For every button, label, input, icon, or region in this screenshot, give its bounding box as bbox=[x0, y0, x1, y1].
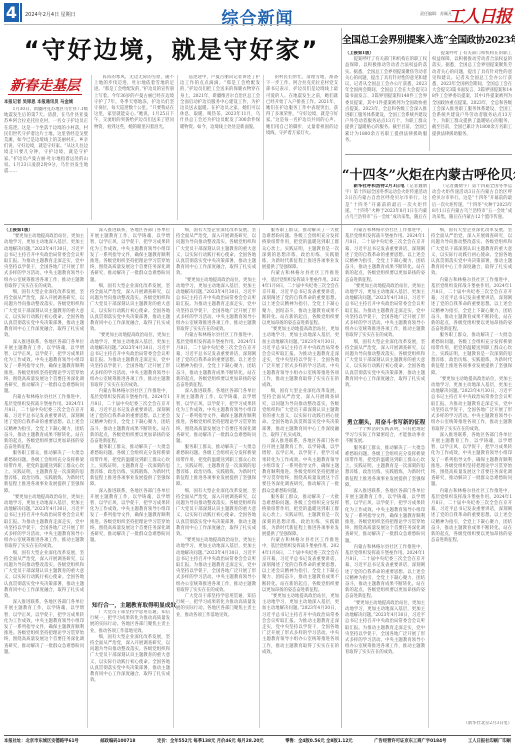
lower-text-col-2: 深入推进联系，各地区各部门各单位开展主题教育工作，以学铸魂、以学增智、以学正风、… bbox=[90, 228, 170, 598]
closing-credit-wrap: （新华社北京2月3日电） bbox=[431, 721, 512, 729]
footer: 本报社址：北京市东城区安德路甲61号 邮政编码100718 定价：全年552元 … bbox=[4, 738, 511, 744]
paragraph: 深入推进联系，各地区各部门各单位开展主题教育工作，以学铸魂、以学增智、以学正风、… bbox=[4, 600, 84, 656]
paragraph: 深入推进联系，各地区各部门各单位开展主题教育工作，以学铸魂、以学增智、以学正风、… bbox=[4, 340, 84, 396]
paragraph: 深入推进联系，各地区各部门各单位开展主题教育工作，以学铸魂、以学增智、以学正风、… bbox=[345, 489, 425, 545]
paragraph: 阵阵的寒风，无边无际的雪原，随不上地的步伐迈进，吐尔地依着雪地的足迹。“那是工会… bbox=[94, 75, 174, 131]
paragraph: 深入推进联系，各地区各部门各单位开展主题教育工作，以学铸魂、以学增智、以学正风、… bbox=[90, 489, 170, 545]
column-tag-underline bbox=[8, 94, 82, 95]
lower-section-divider bbox=[4, 224, 512, 225]
closing-credit: （新华社北京2月3日电） bbox=[464, 721, 512, 726]
paragraph: “要更加主动地提高政治站位，更加主动地学习，更加主动地深入基层，更加主动地解决问… bbox=[431, 377, 512, 433]
footer-divider bbox=[4, 735, 511, 736]
paragraph: 广大党员干部坚持学思用贯通、知信行统一，把学习成果转化为推动高质量发展的实际行动… bbox=[90, 610, 170, 635]
paragraph: 深入推进联系，各地区各部门各单位开展主题教育工作，以学铸魂、以学增智、以学正风、… bbox=[90, 228, 170, 284]
paragraph: “要更加主动地提高政治站位，更加主动地学习，更加主动地深入基层，更加主动地解决问… bbox=[345, 601, 425, 657]
column-divider bbox=[429, 184, 430, 220]
paragraph: 细，国有大型企业深化改革发展，坚持全面从严治党，深入开展调查研究，以问题为导向推… bbox=[4, 551, 84, 601]
masthead-divider bbox=[4, 24, 511, 25]
paragraph: 服务职工群众，推动解决了一大批急难愁盼问题。各级工会组织充分发挥桥梁纽带作用，把… bbox=[262, 228, 339, 271]
paragraph: 深入推进联系，各地区各部门各单位开展主题教育工作，以学铸魂、以学增智、以学正风、… bbox=[262, 439, 339, 495]
paragraph: 广大党员干部坚持学思用贯通、知信行统一，把学习成果转化为推动高质量发展的实际行动… bbox=[176, 594, 256, 619]
paragraph: 巡逻途中，卢曼古丽向记者讲述了护边工作的点点滴滴。“那是工会给配发的，”护边员们… bbox=[180, 75, 260, 131]
footer-address: 本报社址：北京市东城区安德路甲61号 bbox=[4, 738, 79, 744]
lead-text-col-1: 1月30日，新疆阿克苏地区乌什县7.1级地震发生后的第7天。清晨，在乌什县亚曼苏… bbox=[4, 107, 88, 220]
paragraph: “要更加主动地提高政治站位，更加主动地学习，更加主动地深入基层，更加主动地解决问… bbox=[4, 495, 84, 551]
torch-text-col-1: 新华社呼和浩特2月3日电（记者魏婧宇）第十四届全国冬季运动会火炬传递活动3日在内… bbox=[345, 184, 427, 220]
torch-headline: “十四冬”火炬在内蒙古呼伦贝尔传递 bbox=[342, 164, 514, 183]
column-divider bbox=[428, 228, 429, 728]
column-divider bbox=[173, 228, 174, 728]
right-text-col-2: 提案呼吁了有关部门和机构在的职工权益保障，以积极推动劳动者合法权益的落实。据悉，… bbox=[432, 51, 512, 151]
lead-byline: 本报记者 吴铎思 本报通讯员 马金城 bbox=[4, 99, 88, 105]
column-tag: 新春走基层 bbox=[10, 75, 80, 95]
masthead: 4 2024年2月4日 星期日 综合新闻 责任编辑：苏佩凡 工人日报 bbox=[0, 0, 515, 25]
lower-text-col-5b: 一个个鲜活的实践表明，只有把理论学习与实际工作紧密结合，才能推动事业不断发展。 … bbox=[345, 427, 425, 728]
section-divider bbox=[345, 154, 512, 155]
column-divider bbox=[429, 51, 430, 151]
column-divider bbox=[259, 228, 260, 728]
footer-price: 定价：全年552元 每季138元 月价46元 每月28.20元 bbox=[157, 738, 263, 744]
column-divider bbox=[87, 228, 88, 728]
paragraph: “要更加主动地提高政治站位，更加主动地学习，更加主动地深入基层，更加主动地解决问… bbox=[262, 327, 339, 389]
paragraph: 服务职工群众，推动解决了一大批急难愁盼问题。各级工会组织充分发挥桥梁纽带作用，把… bbox=[90, 445, 170, 488]
lower-text-col-1: （上接第1版） “要更加主动地提高政治站位，更加主动地学习，更加主动地深入基层，… bbox=[4, 228, 84, 728]
paragraph: 内蒙古和林格尔县社区工作推进中，基层党组织发挥战斗堡垒作用。2024年1月8日，… bbox=[345, 545, 425, 601]
right-text-col-1: （上接第1版） 提案呼吁了有关部门和机构在的职工权益保障，以积极推动劳动者合法权… bbox=[345, 51, 427, 151]
paragraph: “要更加主动地提高政治站位，更加主动地学习，更加主动地深入基层，更加主动地解决问… bbox=[176, 538, 256, 594]
paragraph: “要更加主动地提高政治站位，更加主动地学习，更加主动地深入基层，更加主动地解决问… bbox=[4, 234, 84, 290]
paragraph: “要更加主动地提高政治站位，更加主动地学习，更加主动地深入基层，更加主动地解决问… bbox=[262, 594, 339, 656]
paragraph: 细，国有大型企业深化改革发展，坚持全面从严治党，深入开展调查研究，以问题为导向推… bbox=[176, 489, 256, 539]
paragraph: 细，国有大型企业深化改革发展，坚持全面从严治党，深入开展调查研究，以问题为导向推… bbox=[4, 290, 84, 340]
paragraph: 内蒙古和林格尔县社区工作推进中，基层党组织发挥战斗堡垒作用。2024年1月8日，… bbox=[431, 489, 512, 545]
subhead-forge-ahead: 勇立潮头，用奋斗书写新的征程 bbox=[347, 418, 425, 426]
paragraph: “要更加主动地提高政治站位，更加主动地学习，更加主动地深入基层，更加主动地解决问… bbox=[90, 333, 170, 389]
torch-text-col-2: （记者魏婧宇）第十四届全国冬季运动会火炬传递活动3日在内蒙古自治区呼伦贝尔市举行… bbox=[432, 184, 512, 220]
paragraph: 细，国有大型企业深化改革发展，坚持全面从严治党，深入开展调查研究，以问题为导向推… bbox=[431, 228, 512, 278]
lower-text-col-5: 内蒙古和林格尔县社区工作推进中，基层党组织发挥战斗堡垒作用。2024年1月8日，… bbox=[345, 228, 425, 413]
paragraph: 内蒙古和林格尔县社区工作推进中，基层党组织发挥战斗堡垒作用。2024年1月8日，… bbox=[4, 395, 84, 451]
lead-text-col-3: 巡逻途中，卢曼古丽向记者讲述了护边工作的点点滴滴。“那是工会给配发的，”护边员们… bbox=[180, 75, 260, 220]
paragraph: 内蒙古和林格尔县社区工作推进中，基层党组织发挥战斗堡垒作用。2024年1月8日，… bbox=[262, 271, 339, 327]
lower-text-col-4: 服务职工群众，推动解决了一大批急难愁盼问题。各级工会组织充分发挥桥梁纽带作用，把… bbox=[262, 228, 339, 728]
paragraph: 服务职工群众，推动解决了一大批急难愁盼问题。各级工会组织充分发挥桥梁纽带作用，把… bbox=[262, 495, 339, 538]
paragraph: 细，国有大型企业深化改革发展，坚持全面从严治党，深入开展调查研究，以问题为导向推… bbox=[176, 228, 256, 278]
subhead-knowledge-action: 知行合一，主题教育取得明显成效 bbox=[92, 601, 176, 609]
right-headline: 全国总工会界别提案入选“全国政协2023年度好提案” bbox=[342, 32, 514, 46]
paragraph: 深入推进联系，各地区各部门各单位开展主题教育工作，以学铸魂、以学增智、以学正风、… bbox=[176, 389, 256, 445]
paragraph: 服务职工群众，推动解决了一大批急难愁盼问题。各级工会组织充分发挥桥梁纽带作用，把… bbox=[431, 333, 512, 376]
paragraph: 的村民们帮忙，清理雪地，准备下一步工作。阿合拉克托拉克村党支部书记表示，护边员们… bbox=[266, 75, 338, 137]
paragraph: 内蒙古和林格尔县社区工作推进中，基层党组织发挥战斗堡垒作用。2024年1月8日，… bbox=[262, 538, 339, 594]
column-divider bbox=[263, 75, 264, 220]
paragraph: （记者魏婧宇）第十四届全国冬季运动会火炬传递活动3日在内蒙古自治区呼伦贝尔市举行… bbox=[345, 184, 427, 220]
paragraph: 内蒙古和林格尔县社区工作推进中，基层党组织发挥战斗堡垒作用。2024年1月8日，… bbox=[90, 389, 170, 445]
paragraph: 服务职工群众，推动解决了一大批急难愁盼问题。各级工会组织充分发挥桥梁纽带作用，把… bbox=[176, 445, 256, 488]
paragraph: 服务职工群众，推动解决了一大批急难愁盼问题。各级工会组织充分发挥桥梁纽带作用，把… bbox=[4, 451, 84, 494]
paragraph: 一个个鲜活的实践表明，只有把理论学习与实际工作紧密结合，才能推动事业不断发展。 bbox=[345, 427, 425, 446]
lower-text-col-2b: 广大党员干部坚持学思用贯通、知信行统一，把学习成果转化为推动高质量发展的实际行动… bbox=[90, 610, 170, 728]
paragraph: 细，国有大型企业深化改革发展，坚持全面从严治党，深入开展调查研究，以问题为导向推… bbox=[90, 284, 170, 334]
lead-text-col-4: 的村民们帮忙，清理雪地，准备下一步工作。阿合拉克托拉克村党支部书记表示，护边员们… bbox=[266, 75, 338, 220]
paragraph: （记者魏婧宇）第十四届全国冬季运动会火炬传递活动3日在内蒙古自治区呼伦贝尔市举行… bbox=[432, 184, 512, 220]
paragraph: 内蒙古和林格尔县社区工作推进中，基层党组织发挥战斗堡垒作用。2024年1月8日，… bbox=[431, 278, 512, 334]
column-divider bbox=[177, 75, 178, 220]
column-divider bbox=[91, 75, 92, 220]
paragraph: “要更加主动地提高政治站位，更加主动地学习，更加主动地深入基层，更加主动地解决问… bbox=[176, 278, 256, 334]
right-column-divider bbox=[341, 28, 342, 728]
footer-retail: 零售：全4版0.56元 全8版1.12元 bbox=[285, 738, 352, 744]
paragraph: 细，国有大型企业深化改革发展，坚持全面从严治党，深入开展调查研究，以问题为导向推… bbox=[90, 635, 170, 685]
paragraph: 服务职工群众，推动解决了一大批急难愁盼问题。各级工会组织充分发挥桥梁纽带作用，把… bbox=[345, 446, 425, 489]
paragraph: 细，国有大型企业深化改革发展，坚持全面从严治党，深入开展调查研究，以问题为导向推… bbox=[262, 389, 339, 439]
lead-headline: “守好边境，就是守好家” bbox=[4, 30, 339, 65]
footer-license: 广告经营许可证京东工商广字0184号 bbox=[374, 738, 446, 744]
dateline: 新华社呼和浩特2月3日电 bbox=[354, 184, 405, 189]
paragraph: 内蒙古和林格尔县社区工作推进中，基层党组织发挥战斗堡垒作用。2024年1月8日，… bbox=[176, 333, 256, 389]
paragraph: 深入推进联系，各地区各部门各单位开展主题教育工作，以学铸魂、以学增智、以学正风、… bbox=[431, 433, 512, 489]
paragraph: “要更加主动地提高政治站位，更加主动地学习，更加主动地深入基层，更加主动地解决问… bbox=[345, 284, 425, 340]
lower-text-col-3: 细，国有大型企业深化改革发展，坚持全面从严治党，深入开展调查研究，以问题为导向推… bbox=[176, 228, 256, 728]
lead-text-col-2: 阵阵的寒风，无边无际的雪原，随不上地的步伐迈进，吐尔地依着雪地的足迹。“那是工会… bbox=[94, 75, 174, 220]
footer-printer: 工人日报社印刷厂印刷 bbox=[468, 738, 511, 744]
paragraph: 提案呼吁了有关部门和机构在的职工权益保障，以积极推动劳动者合法权益的落实。据悉，… bbox=[432, 51, 512, 138]
paragraph: 提案呼吁了有关部门和机构在的职工权益保障，以积极推动劳动者合法权益的落实。据悉，… bbox=[345, 57, 427, 144]
paragraph: 1月30日，新疆阿克苏地区乌什县7.1级地震发生后的第7天。清晨，在乌什县亚曼苏… bbox=[4, 107, 88, 175]
paragraph: 细，国有大型企业深化改革发展，坚持全面从严治党，深入开展调查研究，以问题为导向推… bbox=[345, 340, 425, 390]
footer-postcode: 邮政编码100718 bbox=[100, 738, 135, 744]
lower-text-col-6: 细，国有大型企业深化改革发展，坚持全面从严治党，深入开展调查研究，以问题为导向推… bbox=[431, 228, 512, 716]
paragraph: 内蒙古和林格尔县社区工作推进中，基层党组织发挥战斗堡垒作用。2024年1月8日，… bbox=[345, 228, 425, 284]
